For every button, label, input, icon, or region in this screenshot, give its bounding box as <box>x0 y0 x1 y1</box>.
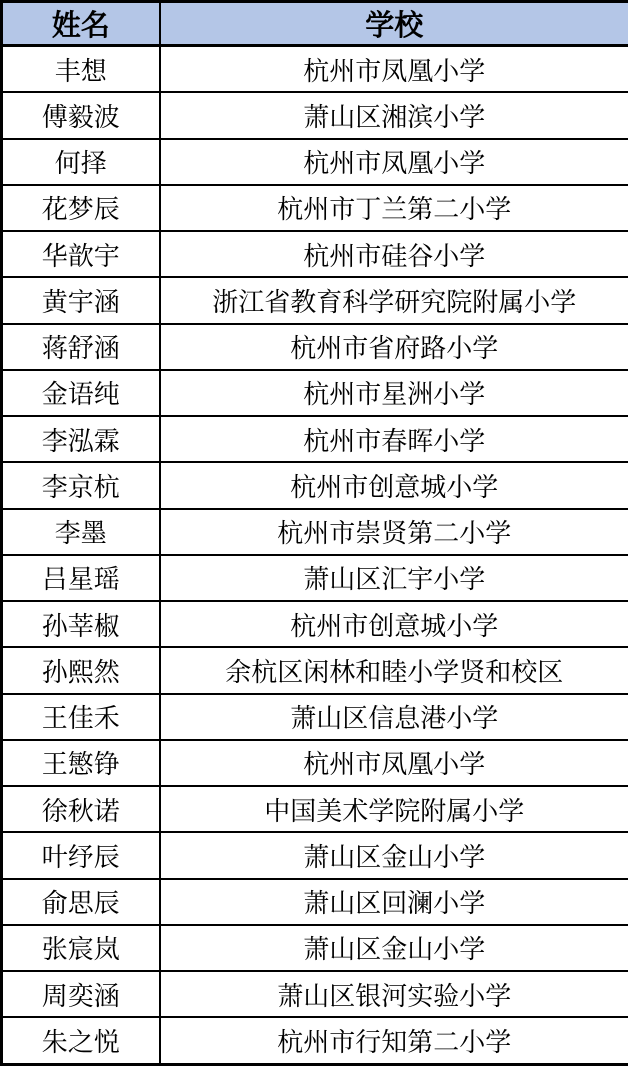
table-row: 王佳禾 萧山区信息港小学 <box>2 694 628 740</box>
table-row: 李京杭 杭州市创意城小学 <box>2 462 628 508</box>
school-cell: 萧山区金山小学 <box>160 925 628 971</box>
name-cell: 李京杭 <box>2 462 160 508</box>
table-row: 徐秋诺 中国美术学院附属小学 <box>2 786 628 832</box>
table-row: 金语纯 杭州市星洲小学 <box>2 370 628 416</box>
table-row: 李墨 杭州市崇贤第二小学 <box>2 509 628 555</box>
table-row: 丰想 杭州市凤凰小学 <box>2 46 628 93</box>
page-canvas: 姓名 学校 丰想 杭州市凤凰小学 傅毅波 萧山区湘滨小学 何择 杭州市凤凰小学 … <box>0 0 628 1066</box>
school-cell: 中国美术学院附属小学 <box>160 786 628 832</box>
school-cell: 杭州市行知第二小学 <box>160 1017 628 1064</box>
student-school-table: 姓名 学校 丰想 杭州市凤凰小学 傅毅波 萧山区湘滨小学 何择 杭州市凤凰小学 … <box>0 0 628 1066</box>
name-cell: 徐秋诺 <box>2 786 160 832</box>
school-cell: 萧山区湘滨小学 <box>160 92 628 138</box>
school-cell: 杭州市创意城小学 <box>160 601 628 647</box>
school-cell: 杭州市星洲小学 <box>160 370 628 416</box>
table-row: 李泓霖 杭州市春晖小学 <box>2 416 628 462</box>
school-cell: 萧山区金山小学 <box>160 832 628 878</box>
table-row: 张宸岚 萧山区金山小学 <box>2 925 628 971</box>
school-cell: 杭州市创意城小学 <box>160 462 628 508</box>
school-cell: 杭州市凤凰小学 <box>160 46 628 93</box>
table-row: 周奕涵 萧山区银河实验小学 <box>2 971 628 1017</box>
table-row: 黄宇涵 浙江省教育科学研究院附属小学 <box>2 277 628 323</box>
school-cell: 杭州市丁兰第二小学 <box>160 185 628 231</box>
name-cell: 张宸岚 <box>2 925 160 971</box>
school-cell: 杭州市凤凰小学 <box>160 740 628 786</box>
school-cell: 萧山区汇宇小学 <box>160 555 628 601</box>
school-cell: 萧山区回澜小学 <box>160 879 628 925</box>
table-row: 孙莘椒 杭州市创意城小学 <box>2 601 628 647</box>
table-body: 丰想 杭州市凤凰小学 傅毅波 萧山区湘滨小学 何择 杭州市凤凰小学 花梦辰 杭州… <box>2 46 628 1065</box>
table-row: 俞思辰 萧山区回澜小学 <box>2 879 628 925</box>
name-cell: 李泓霖 <box>2 416 160 462</box>
table-row: 朱之悦 杭州市行知第二小学 <box>2 1017 628 1064</box>
name-cell: 吕星瑶 <box>2 555 160 601</box>
header-cell-school: 学校 <box>160 2 628 46</box>
school-cell: 杭州市硅谷小学 <box>160 231 628 277</box>
name-cell: 花梦辰 <box>2 185 160 231</box>
table-row: 叶纾辰 萧山区金山小学 <box>2 832 628 878</box>
table-row: 何择 杭州市凤凰小学 <box>2 139 628 185</box>
name-cell: 傅毅波 <box>2 92 160 138</box>
table-row: 孙熙然 余杭区闲林和睦小学贤和校区 <box>2 647 628 693</box>
name-cell: 何择 <box>2 139 160 185</box>
school-cell: 杭州市崇贤第二小学 <box>160 509 628 555</box>
school-cell: 杭州市凤凰小学 <box>160 139 628 185</box>
table-header: 姓名 学校 <box>2 2 628 46</box>
school-cell: 杭州市省府路小学 <box>160 324 628 370</box>
table-row: 花梦辰 杭州市丁兰第二小学 <box>2 185 628 231</box>
name-cell: 叶纾辰 <box>2 832 160 878</box>
name-cell: 孙熙然 <box>2 647 160 693</box>
table-row: 华歆宇 杭州市硅谷小学 <box>2 231 628 277</box>
school-cell: 浙江省教育科学研究院附属小学 <box>160 277 628 323</box>
name-cell: 丰想 <box>2 46 160 93</box>
school-cell: 余杭区闲林和睦小学贤和校区 <box>160 647 628 693</box>
name-cell: 孙莘椒 <box>2 601 160 647</box>
school-cell: 杭州市春晖小学 <box>160 416 628 462</box>
name-cell: 华歆宇 <box>2 231 160 277</box>
name-cell: 朱之悦 <box>2 1017 160 1064</box>
table-row: 吕星瑶 萧山区汇宇小学 <box>2 555 628 601</box>
name-cell: 黄宇涵 <box>2 277 160 323</box>
name-cell: 俞思辰 <box>2 879 160 925</box>
name-cell: 王佳禾 <box>2 694 160 740</box>
school-cell: 萧山区银河实验小学 <box>160 971 628 1017</box>
table-row: 傅毅波 萧山区湘滨小学 <box>2 92 628 138</box>
table-row: 王慜铮 杭州市凤凰小学 <box>2 740 628 786</box>
name-cell: 周奕涵 <box>2 971 160 1017</box>
name-cell: 王慜铮 <box>2 740 160 786</box>
header-cell-name: 姓名 <box>2 2 160 46</box>
school-cell: 萧山区信息港小学 <box>160 694 628 740</box>
header-row: 姓名 学校 <box>2 2 628 46</box>
name-cell: 金语纯 <box>2 370 160 416</box>
table-row: 蒋舒涵 杭州市省府路小学 <box>2 324 628 370</box>
name-cell: 李墨 <box>2 509 160 555</box>
name-cell: 蒋舒涵 <box>2 324 160 370</box>
